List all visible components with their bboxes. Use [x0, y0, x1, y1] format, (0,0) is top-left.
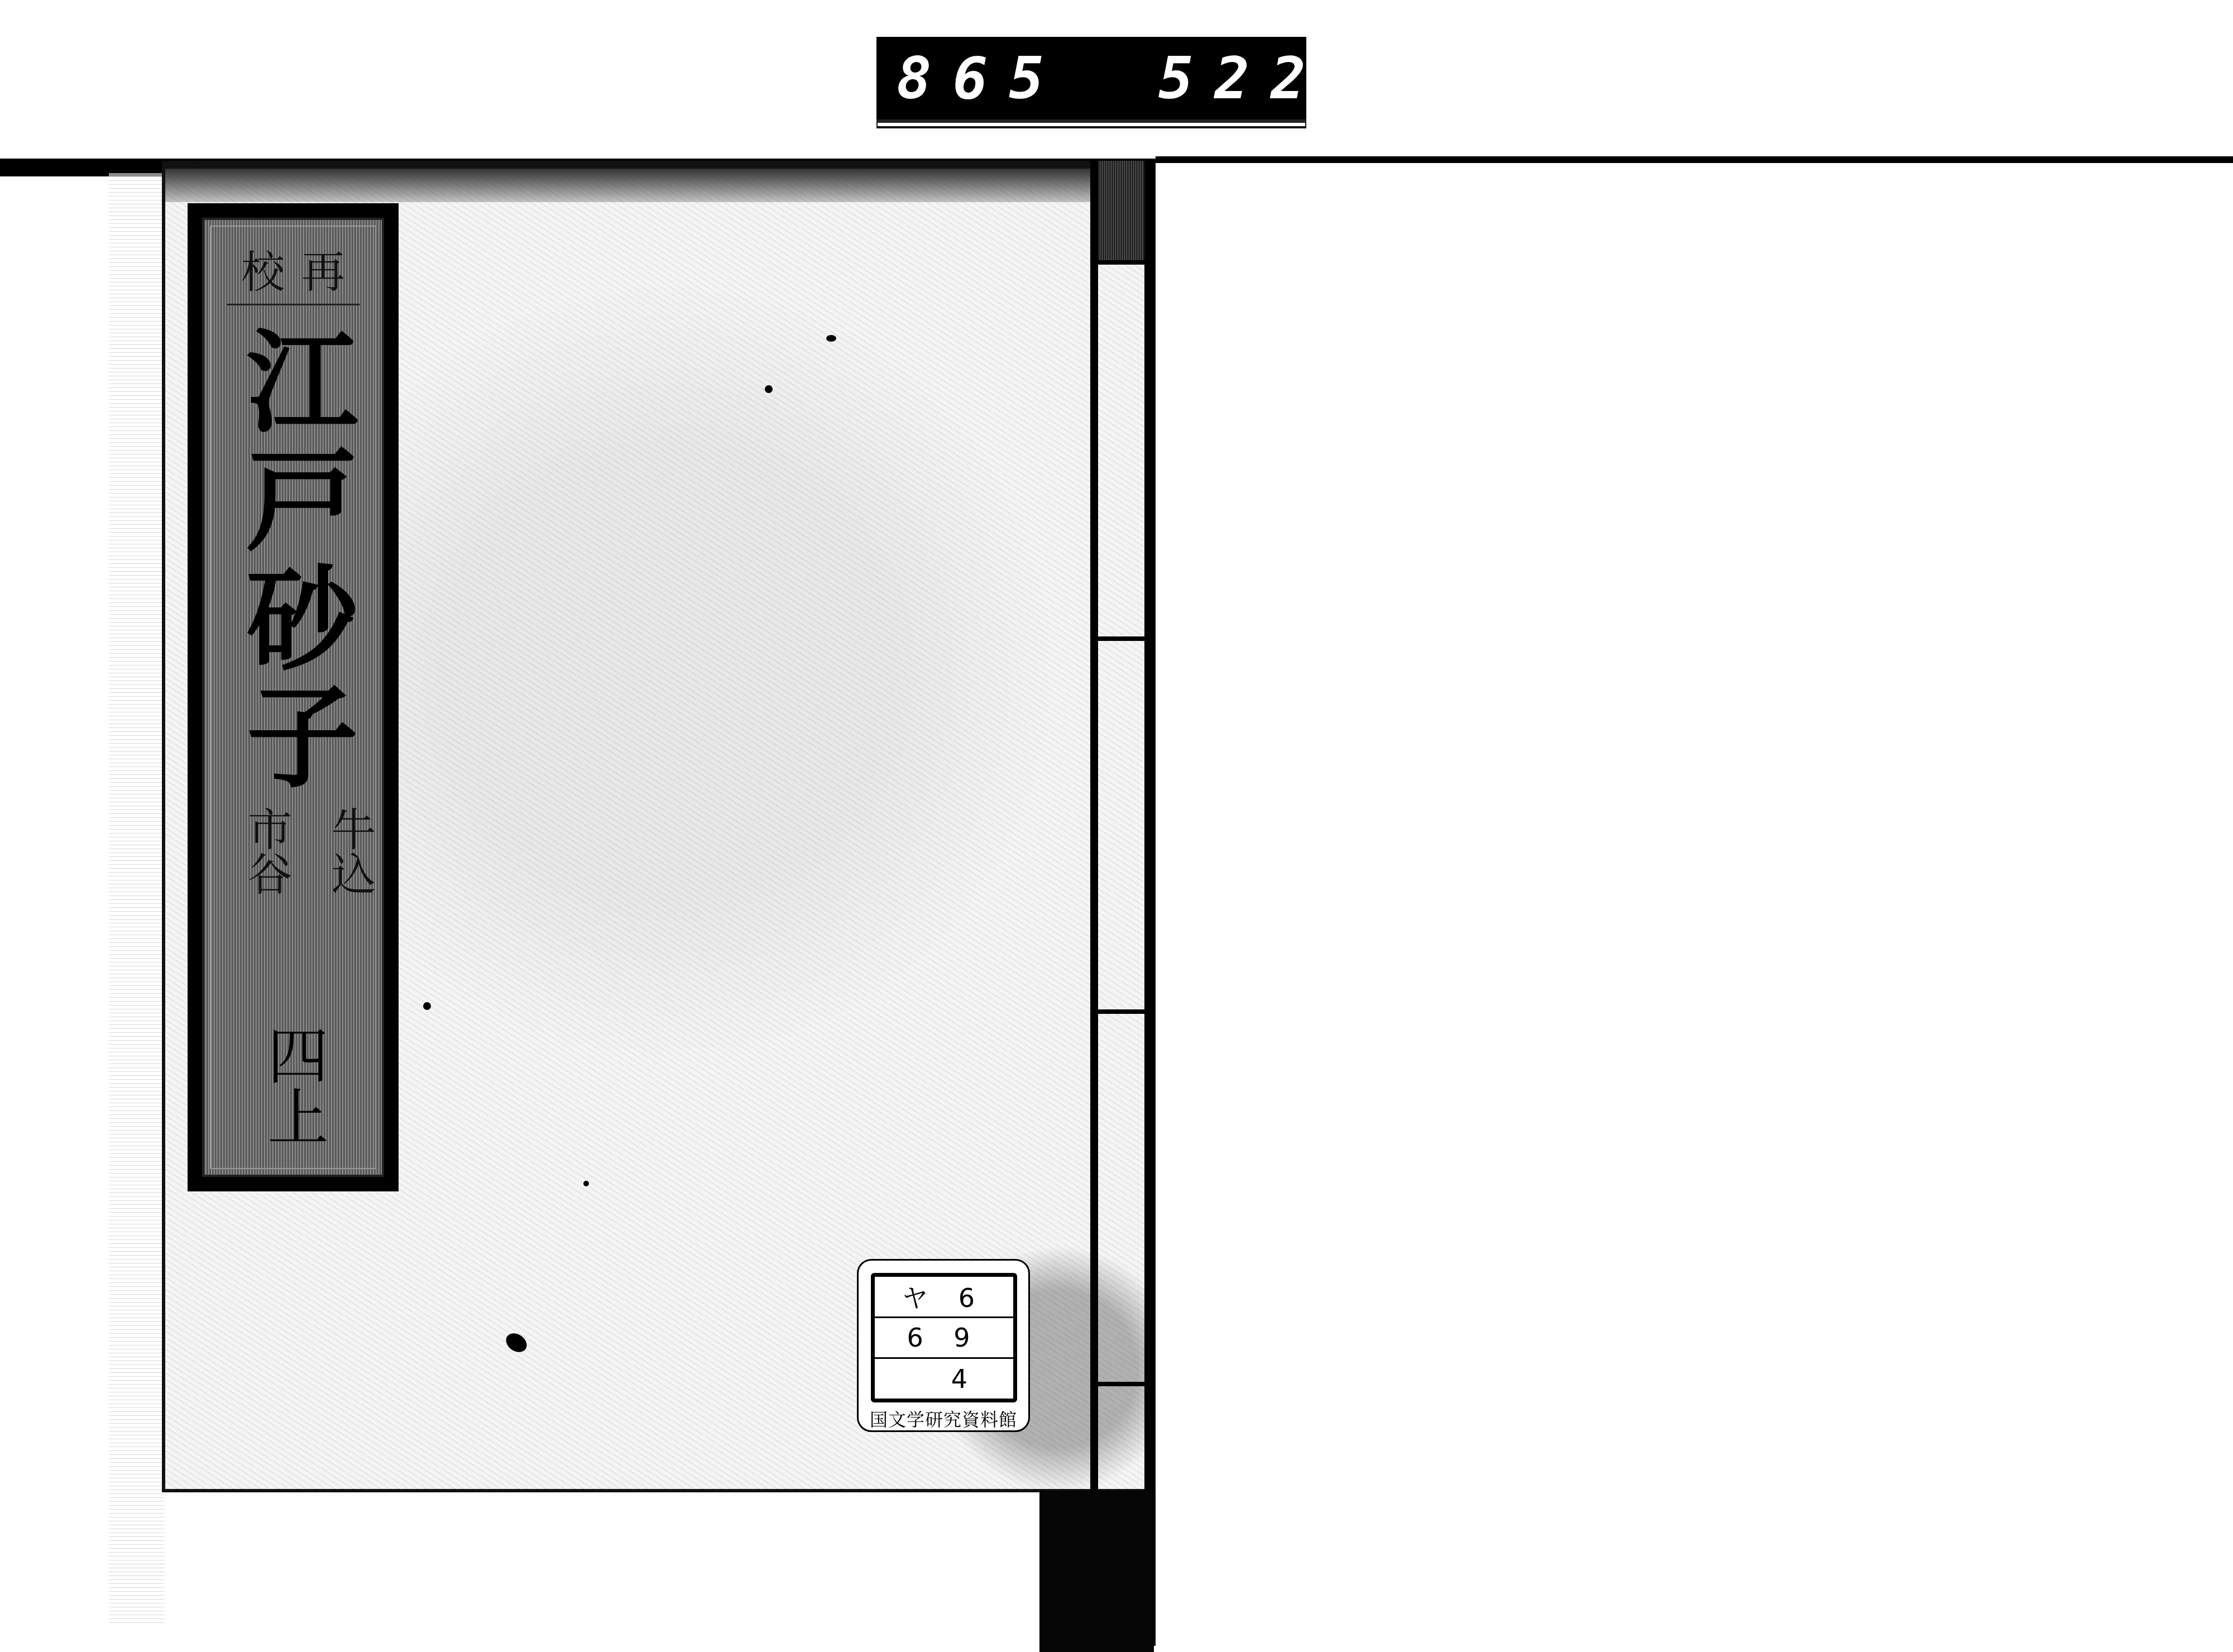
spine-top-wear	[1098, 161, 1144, 261]
ink-speck	[423, 1002, 431, 1010]
ink-speck	[765, 385, 773, 393]
header-char-1: 再	[301, 242, 345, 304]
subtitle-line-1: 牛込	[327, 806, 372, 940]
scan-noise-margin	[109, 173, 165, 1625]
binding-line-outer	[1144, 161, 1156, 1646]
binding-stitch	[1090, 1009, 1152, 1014]
subtitle-line-2: 市谷	[243, 806, 288, 940]
spine-bottom-shadow	[1039, 1491, 1154, 1652]
title-slip: 再 校 江戸砂子 牛込 市谷 四上	[188, 203, 399, 1191]
frame-counter-left: 865	[897, 45, 1065, 112]
call-number-grid: ヤ 6 6 9 4	[871, 1273, 1017, 1402]
volume-number: 四上	[257, 1024, 329, 1147]
call-number-row-3: 4	[875, 1359, 1013, 1399]
library-name: 国文学研究資料館	[859, 1406, 1028, 1431]
header-char-2: 校	[241, 242, 285, 304]
cover-top-shadow	[165, 169, 1152, 202]
ink-speck	[826, 335, 836, 342]
frame-counter-right: 522.	[1158, 45, 1383, 112]
binding-stitch	[1090, 1382, 1152, 1386]
title-slip-inner: 再 校 江戸砂子 牛込 市谷 四上	[202, 218, 384, 1177]
book-title: 江戸砂子	[232, 323, 354, 797]
call-number-row-1: ヤ 6	[875, 1277, 1013, 1318]
binding-line-inner	[1090, 161, 1098, 1495]
book-subtitle: 牛込 市谷	[243, 806, 372, 940]
binding-stitch	[1090, 260, 1152, 265]
binding-stitch	[1090, 636, 1152, 641]
frame-counter: 865 522.	[876, 37, 1306, 123]
call-number-row-2: 6 9	[875, 1318, 1013, 1359]
ink-speck	[583, 1181, 589, 1186]
library-call-number-label: ヤ 6 6 9 4 国文学研究資料館	[857, 1259, 1030, 1432]
title-slip-header: 再 校	[227, 242, 360, 305]
scan-edge-rule-right	[1156, 156, 2233, 163]
